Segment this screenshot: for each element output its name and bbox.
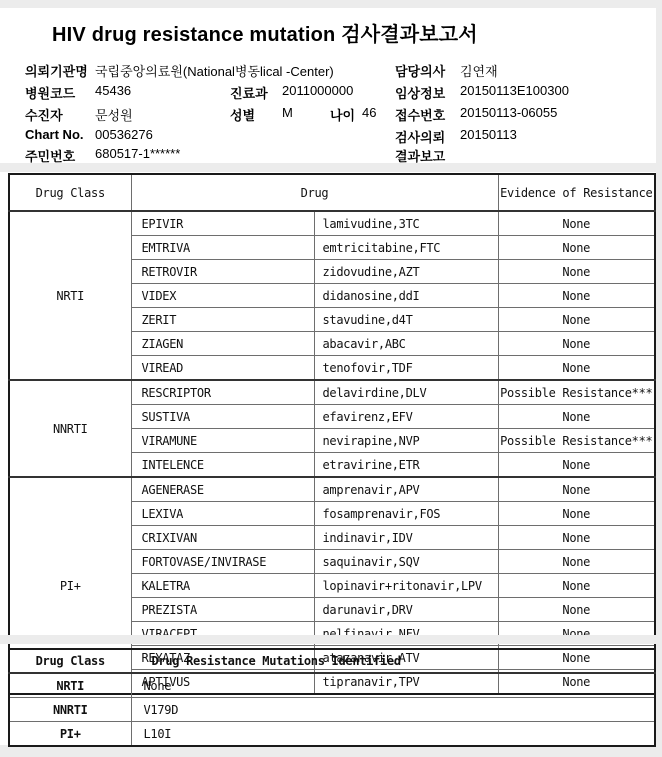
evidence-cell: None (498, 405, 655, 429)
evidence-cell: None (498, 332, 655, 356)
col-header-evidence: Evidence of Resistance (498, 174, 655, 211)
drug-class-cell: NNRTI (9, 698, 131, 722)
department-value: 2011000000 (282, 83, 353, 98)
drug-class-cell: NRTI (9, 211, 131, 380)
drug-brand-cell: RETROVIR (131, 260, 314, 284)
drug-class-cell: PI+ (9, 722, 131, 747)
drug-brand-cell: INTELENCE (131, 453, 314, 478)
drug-brand-cell: VIDEX (131, 284, 314, 308)
separator-band (0, 163, 656, 172)
col-header-drug-class: Drug Class (9, 649, 131, 673)
evidence-cell: None (498, 598, 655, 622)
test-request-label: 검사의뢰 (395, 127, 445, 146)
col-header-drug: Drug (131, 174, 498, 211)
drug-brand-cell: RESCRIPTOR (131, 380, 314, 405)
age-value: 46 (362, 105, 376, 120)
age-label: 나이 (330, 105, 355, 124)
drug-brand-cell: EMTRIVA (131, 236, 314, 260)
evidence-cell: None (498, 260, 655, 284)
evidence-cell: None (498, 502, 655, 526)
chart-no-value: 00536276 (95, 127, 153, 142)
drug-brand-cell: ZERIT (131, 308, 314, 332)
org-value: 국립중앙의료원(National병동lical -Center) (95, 61, 334, 80)
drug-brand-cell: CRIXIVAN (131, 526, 314, 550)
drug-class-cell: NRTI (9, 673, 131, 698)
drug-resistance-table: Drug Class Drug Evidence of Resistance N… (8, 173, 656, 695)
drug-brand-cell: EPIVIR (131, 211, 314, 236)
clinical-info-label: 임상정보 (395, 83, 445, 102)
drug-brand-cell: LEXIVA (131, 502, 314, 526)
patient-label: 수진자 (25, 105, 63, 124)
clinical-info-value: 20150113E100300 (460, 83, 569, 98)
drug-class-cell: NNRTI (9, 380, 131, 477)
drug-generic-cell: abacavir,ABC (314, 332, 498, 356)
page-title: HIV drug resistance mutation 검사결과보고서 (52, 18, 478, 47)
evidence-cell: Possible Resistance*** (498, 429, 655, 453)
evidence-cell: None (498, 284, 655, 308)
drug-generic-cell: zidovudine,AZT (314, 260, 498, 284)
evidence-cell: None (498, 477, 655, 502)
doctor-label: 담당의사 (395, 61, 445, 80)
table-header-row: Drug Class Drug Resistance Mutations Ide… (9, 649, 655, 673)
drug-resistance-table-body: NRTIEPIVIRlamivudine,3TCNoneEMTRIVAemtri… (9, 211, 655, 694)
hospital-code-value: 45436 (95, 83, 131, 98)
drug-resistance-table-header: Drug Class Drug Evidence of Resistance (9, 174, 655, 211)
chart-no-label: Chart No. (25, 127, 84, 142)
drug-generic-cell: lamivudine,3TC (314, 211, 498, 236)
org-label: 의뢰기관명 (25, 61, 88, 80)
drug-generic-cell: delavirdine,DLV (314, 380, 498, 405)
evidence-cell: None (498, 356, 655, 381)
drug-generic-cell: indinavir,IDV (314, 526, 498, 550)
drug-brand-cell: VIREAD (131, 356, 314, 381)
evidence-cell: None (498, 550, 655, 574)
hospital-code-label: 병원코드 (25, 83, 75, 102)
evidence-cell: None (498, 236, 655, 260)
drug-brand-cell: ZIAGEN (131, 332, 314, 356)
drug-brand-cell: FORTOVASE/INVIRASE (131, 550, 314, 574)
drug-generic-cell: etravirine,ETR (314, 453, 498, 478)
sex-label: 성별 (230, 105, 255, 124)
drug-generic-cell: efavirenz,EFV (314, 405, 498, 429)
mutations-table-body: NRTINoneNNRTIV179DPI+L10I (9, 673, 655, 746)
evidence-cell: None (498, 526, 655, 550)
drug-generic-cell: tenofovir,TDF (314, 356, 498, 381)
evidence-cell: None (498, 211, 655, 236)
sex-value: M (282, 105, 293, 120)
drug-brand-cell: PREZISTA (131, 598, 314, 622)
mutation-row: PI+L10I (9, 722, 655, 747)
drug-generic-cell: darunavir,DRV (314, 598, 498, 622)
evidence-cell: None (498, 574, 655, 598)
table-header-row: Drug Class Drug Evidence of Resistance (9, 174, 655, 211)
mutations-table-header: Drug Class Drug Resistance Mutations Ide… (9, 649, 655, 673)
drug-generic-cell: amprenavir,APV (314, 477, 498, 502)
drug-generic-cell: lopinavir+ritonavir,LPV (314, 574, 498, 598)
separator-band (0, 635, 656, 644)
mutations-cell: V179D (131, 698, 655, 722)
drug-brand-cell: VIRAMUNE (131, 429, 314, 453)
mutations-identified-table: Drug Class Drug Resistance Mutations Ide… (8, 648, 656, 747)
col-header-drug-class: Drug Class (9, 174, 131, 211)
drug-generic-cell: fosamprenavir,FOS (314, 502, 498, 526)
mutation-row: NRTINone (9, 673, 655, 698)
doctor-value: 김연재 (460, 61, 498, 80)
department-label: 진료과 (230, 83, 268, 102)
drug-generic-cell: stavudine,d4T (314, 308, 498, 332)
resident-no-value: 680517-1****** (95, 146, 180, 161)
evidence-cell: None (498, 308, 655, 332)
report-page: HIV drug resistance mutation 검사결과보고서 의뢰기… (0, 8, 656, 745)
drug-brand-cell: KALETRA (131, 574, 314, 598)
mutations-cell: L10I (131, 722, 655, 747)
test-request-value: 20150113 (460, 127, 517, 142)
drug-row: PI+AGENERASEamprenavir,APVNone (9, 477, 655, 502)
mutations-cell: None (131, 673, 655, 698)
drug-generic-cell: nevirapine,NVP (314, 429, 498, 453)
drug-generic-cell: saquinavir,SQV (314, 550, 498, 574)
receipt-no-label: 접수번호 (395, 105, 445, 124)
mutation-row: NNRTIV179D (9, 698, 655, 722)
col-header-mutations: Drug Resistance Mutations Identified (131, 649, 655, 673)
drug-row: NNRTIRESCRIPTORdelavirdine,DLVPossible R… (9, 380, 655, 405)
drug-row: NRTIEPIVIRlamivudine,3TCNone (9, 211, 655, 236)
drug-brand-cell: SUSTIVA (131, 405, 314, 429)
drug-generic-cell: emtricitabine,FTC (314, 236, 498, 260)
patient-value: 문성원 (95, 105, 133, 124)
evidence-cell: None (498, 453, 655, 478)
drug-brand-cell: AGENERASE (131, 477, 314, 502)
report-screenshot: { "title": "HIV drug resistance mutation… (0, 0, 662, 757)
evidence-cell: Possible Resistance*** (498, 380, 655, 405)
drug-generic-cell: didanosine,ddI (314, 284, 498, 308)
receipt-no-value: 20150113-06055 (460, 105, 557, 120)
